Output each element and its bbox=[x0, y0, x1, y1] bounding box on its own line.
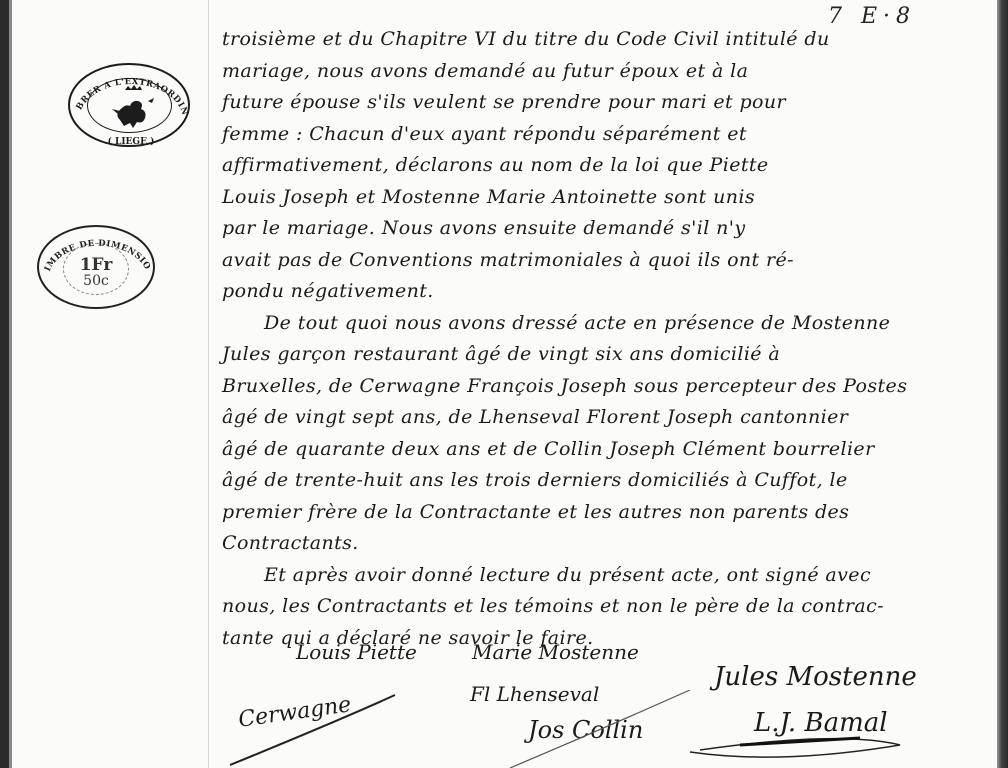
record-body: troisième et du Chapitre VI du titre du … bbox=[222, 28, 974, 658]
binding-edge-left bbox=[0, 0, 9, 768]
text-line: femme : Chacun d'eux ayant répondu sépar… bbox=[222, 123, 974, 155]
text-line: âgé de quarante deux ans et de Collin Jo… bbox=[222, 438, 974, 470]
text-line: par le mariage. Nous avons ensuite deman… bbox=[222, 217, 974, 249]
text-line: De tout quoi nous avons dressé acte en p… bbox=[222, 312, 974, 344]
text-line: Louis Joseph et Mostenne Marie Antoinett… bbox=[222, 186, 974, 218]
text-line: Et après avoir donné lecture du présent … bbox=[222, 564, 974, 596]
lion-emblem-icon bbox=[112, 85, 154, 128]
signature-bride: Marie Mostenne bbox=[472, 640, 639, 664]
text-line: future épouse s'ils veulent se prendre p… bbox=[222, 91, 974, 123]
text-line: Bruxelles, de Cerwagne François Joseph s… bbox=[222, 375, 974, 407]
signature-flourishes-icon bbox=[220, 690, 1008, 768]
page-edge-right bbox=[997, 0, 1008, 768]
stamp-value-francs: 1Fr bbox=[39, 255, 153, 275]
stamp-bottom-text: ( LIEGE ) bbox=[108, 136, 155, 147]
text-line: nous, les Contractants et les témoins et… bbox=[222, 595, 974, 627]
text-line: pondu négativement. bbox=[222, 280, 974, 312]
tax-stamp-liege: A TIMBRER A L'EXTRAORDINAIRE ( LIEGE ) bbox=[68, 63, 190, 147]
stamp-value-cents: 50c bbox=[39, 273, 153, 289]
margin-rule bbox=[208, 0, 209, 768]
text-line: Contractants. bbox=[222, 532, 974, 564]
signature-witness-mostenne: Jules Mostenne bbox=[714, 662, 917, 692]
text-line: premier frère de la Contractante et les … bbox=[222, 501, 974, 533]
text-line: âgé de vingt sept ans, de Lhenseval Flor… bbox=[222, 406, 974, 438]
text-line: Jules garçon restaurant âgé de vingt six… bbox=[222, 343, 974, 375]
stamp-ring-text-icon: A TIMBRER A L'EXTRAORDINAIRE ( LIEGE ) bbox=[70, 65, 192, 149]
dimension-stamp: TIMBRE DE DIMENSION 1Fr 50c bbox=[37, 225, 155, 309]
text-line: âgé de trente-huit ans les trois dernier… bbox=[222, 469, 974, 501]
text-line: troisième et du Chapitre VI du titre du … bbox=[222, 28, 974, 60]
text-line: affirmativement, déclarons au nom de la … bbox=[222, 154, 974, 186]
binding-shadow bbox=[9, 0, 12, 768]
text-line: avait pas de Conventions matrimoniales à… bbox=[222, 249, 974, 281]
page-reference: 7 E·8 bbox=[828, 4, 916, 29]
text-line: mariage, nous avons demandé au futur épo… bbox=[222, 60, 974, 92]
signature-groom: Louis Piette bbox=[296, 640, 417, 664]
